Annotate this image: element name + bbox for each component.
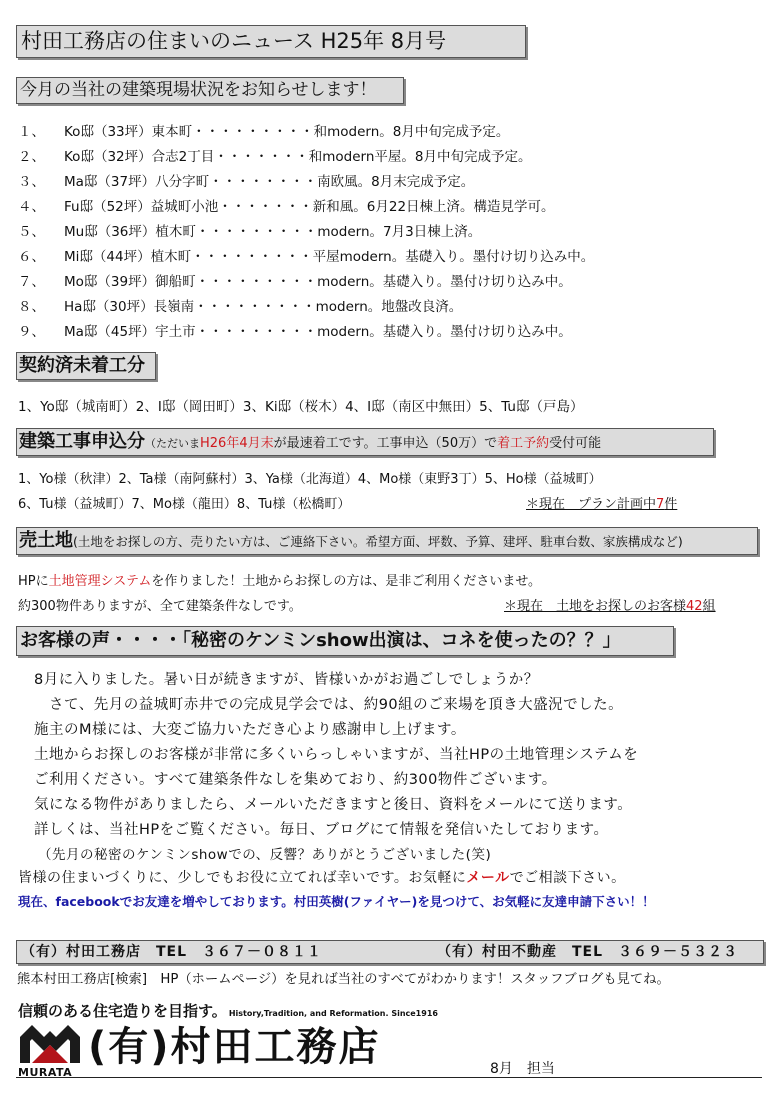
site-client: Mo邸（39坪）御船町	[64, 274, 196, 290]
section-heading-sites-text: 今月の当社の建築現場状況をお知らせします！	[20, 80, 377, 100]
land-count-prefix: ＊現在 土地をお探しのお客様	[504, 599, 686, 614]
company-tel-1: （有）村田工務店 TEL ３６７－０８１１	[21, 941, 322, 963]
reservation-highlight: 着工予約	[497, 436, 549, 451]
site-client: Ma邸（37坪）八分字町	[64, 174, 209, 190]
land-count-suffix: 組	[703, 599, 716, 614]
plan-count-suffix: 件	[664, 497, 677, 512]
list-item: ３、Ma邸（37坪）八分字町・・・・・・・・南欧風。8月末完成予定。	[18, 170, 474, 190]
search-line: 熊本村田工務店[検索] HP（ホームページ）を見れば当社のすべてがわかります！ス…	[17, 968, 670, 987]
land-system-link[interactable]: 土地管理システム	[49, 574, 152, 589]
site-client: Fu邸（52坪）益城町小池	[64, 199, 218, 215]
site-number: ７、	[18, 270, 64, 290]
applications-note-prefix: （ただいま	[145, 437, 200, 450]
applications-note-suffix: 受付可能	[549, 436, 601, 451]
mail-link[interactable]: メール	[466, 870, 509, 886]
land-line-1-prefix: HPに	[18, 574, 49, 589]
site-dots: ・・・・・・・・・	[191, 249, 313, 265]
plan-count-prefix: ＊現在 プラン計画中	[526, 497, 656, 512]
applications-note-mid: が最速着工です。工事申込（50万）で	[274, 436, 498, 451]
site-dots: ・・・・・・・	[218, 199, 313, 215]
site-dots: ・・・・・・・・	[209, 174, 317, 190]
site-number: ３、	[18, 170, 64, 190]
land-heading-note: (土地をお探しの方、売りたい方は、ご連絡下さい。希望方面、坪数、予算、建坪、駐車…	[73, 534, 683, 549]
list-item: ８、Ha邸（30坪）長嶺南・・・・・・・・・modern。地盤改良済。	[18, 295, 462, 315]
site-client: Ha邸（30坪）長嶺南	[64, 299, 194, 315]
voice-closing: 皆様の住まいづくりに、少しでもお役に立てれば幸いです。お気軽にメールでご相談下さ…	[18, 867, 626, 887]
tagline-jp: 信頼のある住宅造りを目指す。	[18, 1002, 227, 1020]
site-dots: ・・・・・・・・・	[192, 124, 314, 140]
voice-line: 施主のM様には、大変ご協力いただき心より感謝申し上げます。	[34, 718, 466, 739]
site-number: ４、	[18, 195, 64, 215]
site-number: ６、	[18, 245, 64, 265]
site-status: 和modern平屋。8月中旬完成予定。	[309, 149, 532, 165]
site-status: 新和風。6月22日棟上済。構造見学可。	[313, 199, 555, 215]
land-line-1-suffix: を作りました！土地からお探しの方は、是非ご利用くださいませ。	[151, 574, 541, 589]
voice-line: さて、先月の益城町赤井での完成見学会では、約90組のご来場を頂き大盛況でした。	[34, 693, 623, 714]
site-client: Ko邸（33坪）東本町	[64, 124, 192, 140]
site-status: 平屋modern。基礎入り。墨付け切り込み中。	[313, 249, 595, 265]
voice-line: 詳しくは、当社HPをご覧ください。毎日、ブログにて情報を発信いたしております。	[34, 818, 608, 839]
list-item: ２、Ko邸（32坪）合志2丁目・・・・・・・和modern平屋。8月中旬完成予定…	[18, 145, 531, 165]
site-status: modern。基礎入り。墨付け切り込み中。	[317, 324, 572, 340]
facebook-line: 現在、facebookでお友達を増やしております。村田英樹(ファイヤー)を見つけ…	[18, 892, 655, 910]
murata-logo: MURATA	[18, 1025, 82, 1075]
site-number: ２、	[18, 145, 64, 165]
list-item: ４、Fu邸（52坪）益城町小池・・・・・・・新和風。6月22日棟上済。構造見学可…	[18, 195, 555, 215]
voice-closing-suffix: でご相談下さい。	[510, 870, 626, 886]
site-number: ８、	[18, 295, 64, 315]
site-dots: ・・・・・・・・・	[196, 224, 318, 240]
applications-heading-text: 建築工事申込分	[19, 431, 145, 452]
list-item: １、Ko邸（33坪）東本町・・・・・・・・・和modern。8月中旬完成予定。	[18, 120, 509, 140]
voice-line: ご利用ください。すべて建築条件なしを集めており、約300物件ございます。	[34, 768, 557, 789]
contact-bar: （有）村田工務店 TEL ３６７－０８１１ （有）村田不動産 TEL ３６９－５…	[16, 940, 764, 964]
list-item: ９、Ma邸（45坪）宇土市・・・・・・・・・modern。基礎入り。墨付け切り込…	[18, 320, 572, 340]
site-status: modern。7月3日棟上済。	[317, 224, 481, 240]
voice-line: 気になる物件がありましたら、メールいただきますと後日、資料をメールにて送ります。	[34, 793, 632, 814]
voice-line: （先月の秘密のケンミンshowでの、反響？ありがとうございました(笑)	[38, 843, 491, 863]
contracted-list: 1、Yo邸（城南町）2、I邸（岡田町）3、Ki邸（桜木）4、I邸（南区中無田）5…	[18, 395, 583, 415]
footer-rule	[16, 1077, 762, 1078]
land-count-value: 42	[686, 599, 703, 614]
site-dots: ・・・・・・・	[214, 149, 309, 165]
site-dots: ・・・・・・・・・	[194, 299, 316, 315]
site-client: Mu邸（36坪）植木町	[64, 224, 196, 240]
land-line-1: HPに土地管理システムを作りました！土地からお探しの方は、是非ご利用くださいませ…	[18, 570, 541, 589]
site-status: 和modern。8月中旬完成予定。	[314, 124, 510, 140]
site-dots: ・・・・・・・・・	[196, 324, 318, 340]
voice-heading-text: お客様の声・・・・「秘密のケンミンshow出演は、コネを使ったの？？」	[20, 630, 621, 651]
land-line-2: 約300物件ありますが、全て建築条件なしです。	[18, 595, 302, 614]
site-dots: ・・・・・・・・・	[196, 274, 318, 290]
plan-count-note: ＊現在 プラン計画中7件	[526, 493, 677, 512]
title-text: 村田工務店の住まいのニュース H25年 8月号	[21, 29, 446, 53]
site-number: １、	[18, 120, 64, 140]
section-heading-applications: 建築工事申込分（ただいまH26年4月末が最速着工です。工事申込（50万）で着工予…	[16, 428, 714, 456]
section-heading-sites: 今月の当社の建築現場状況をお知らせします！	[16, 77, 404, 104]
voice-closing-prefix: 皆様の住まいづくりに、少しでもお役に立てれば幸いです。お気軽に	[18, 870, 466, 886]
list-item: ７、Mo邸（39坪）御船町・・・・・・・・・modern。基礎入り。墨付け切り込…	[18, 270, 572, 290]
voice-line: 土地からお探しのお客様が非常に多くいらっしゃいますが、当社HPの土地管理システム…	[34, 743, 638, 764]
earliest-start-date: H26年4月末	[200, 436, 274, 451]
site-status: modern。基礎入り。墨付け切り込み中。	[317, 274, 572, 290]
site-client: Ma邸（45坪）宇土市	[64, 324, 196, 340]
staff-label: 8月 担当	[490, 1058, 555, 1078]
site-client: Ko邸（32坪）合志2丁目	[64, 149, 214, 165]
contracted-heading-text: 契約済未着工分	[19, 355, 145, 376]
list-item: ６、Mi邸（44坪）植木町・・・・・・・・・平屋modern。基礎入り。墨付け切…	[18, 245, 594, 265]
site-number: ５、	[18, 220, 64, 240]
section-heading-land: 売土地(土地をお探しの方、売りたい方は、ご連絡下さい。希望方面、坪数、予算、建坪…	[16, 527, 758, 555]
section-heading-contracted: 契約済未着工分	[16, 352, 156, 380]
newsletter-title: 村田工務店の住まいのニュース H25年 8月号	[16, 25, 526, 58]
house-logo-icon	[18, 1025, 82, 1063]
land-customer-count: ＊現在 土地をお探しのお客様42組	[504, 595, 716, 614]
list-item: ５、Mu邸（36坪）植木町・・・・・・・・・modern。7月3日棟上済。	[18, 220, 481, 240]
site-status: 南欧風。8月末完成予定。	[317, 174, 474, 190]
site-number: ９、	[18, 320, 64, 340]
applications-line-2: 6、Tu様（益城町）7、Mo様（龍田）8、Tu様（松橋町）	[18, 493, 350, 512]
site-client: Mi邸（44坪）植木町	[64, 249, 191, 265]
land-heading-text: 売土地	[19, 530, 73, 551]
site-status: modern。地盤改良済。	[316, 299, 463, 315]
applications-line-1: 1、Yo様（秋津）2、Ta様（南阿蘇村）3、Ya様（北海道）4、Mo様（東野3丁…	[18, 468, 602, 487]
tagline-en: History,Tradition, and Reformation. Sinc…	[229, 1009, 438, 1018]
section-heading-voice: お客様の声・・・・「秘密のケンミンshow出演は、コネを使ったの？？」	[16, 626, 674, 656]
company-tel-2: （有）村田不動産 TEL ３６９－５３２３	[437, 941, 738, 963]
tagline: 信頼のある住宅造りを目指す。History,Tradition, and Ref…	[18, 1000, 438, 1021]
voice-line: 8月に入りました。暑い日が続きますが、皆様いかがお過ごしでしょうか？	[34, 668, 539, 689]
logo-company-name: (有)村田工務店	[88, 1022, 381, 1072]
